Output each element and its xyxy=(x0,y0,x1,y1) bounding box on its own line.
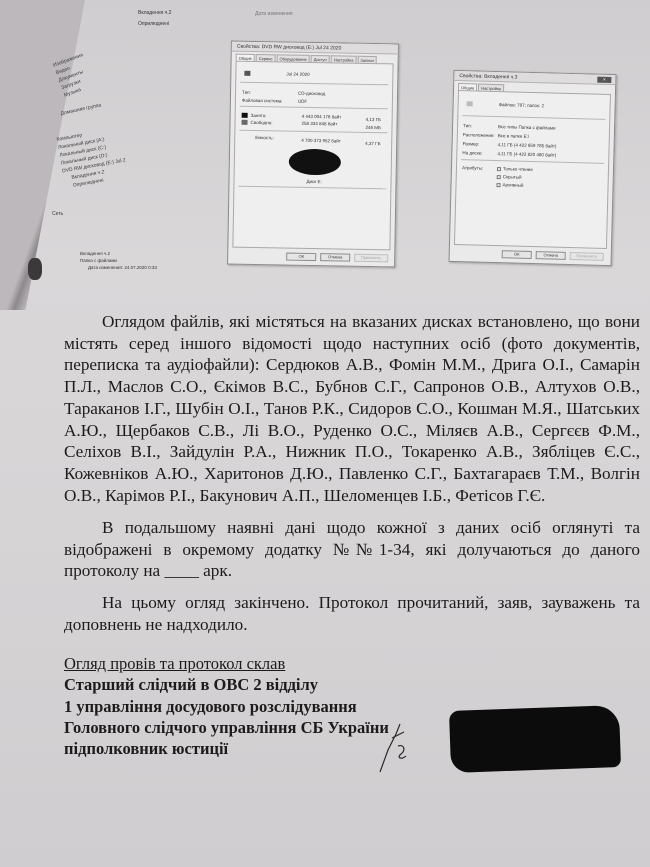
location-label: Расположение: xyxy=(463,132,495,138)
size-value: 4,11 ГБ (4 422 659 785 байт) xyxy=(498,142,557,149)
document-page: Вкладення ч.2 Оприлюднені Дата изменения… xyxy=(0,0,650,867)
signature-heading: Огляд провів та протокол склав xyxy=(64,654,285,673)
free-swatch xyxy=(241,120,247,125)
dialog-body: Файлов: 797; папок: 2 Тип: Все типы Папк… xyxy=(454,90,611,249)
location-value: Все в папке E:\ xyxy=(498,133,529,139)
free-label: Свободно: xyxy=(250,120,272,125)
apply-button[interactable]: Применить xyxy=(570,252,604,261)
checkbox-icon xyxy=(497,167,501,171)
tree-item: Домашняя группа xyxy=(60,101,102,117)
used-bytes: 4 443 004 176 байт xyxy=(302,114,342,120)
apply-button[interactable]: Применить xyxy=(354,254,388,263)
used-label: Занято: xyxy=(251,113,267,118)
used-size: 4,13 ГБ xyxy=(366,117,381,122)
closing-paragraph: На цьому огляд закінчено. Протокол прочи… xyxy=(64,592,640,635)
explorer-columns: Дата изменения xyxy=(255,10,293,18)
signature-block: Огляд провів та протокол склав Старший с… xyxy=(64,653,389,759)
volume-label: Jul 24 2020 xyxy=(286,72,309,77)
explorer-tree-group: Домашняя группа xyxy=(60,101,102,117)
explorer-tree-network: Сеть xyxy=(52,210,63,218)
file-type: Папка с файлами xyxy=(80,257,157,264)
tree-item: Сеть xyxy=(52,210,63,218)
capacity-bytes: 4 700 373 952 байт xyxy=(301,138,341,144)
fs-label: Файловая система: xyxy=(242,98,283,104)
close-button[interactable]: ✕ xyxy=(597,77,611,83)
file-name: Вкладення ч.2 xyxy=(80,250,157,257)
capacity-size: 4,37 ГБ xyxy=(365,141,380,146)
modified-value: 24.07.2020 0:33 xyxy=(124,265,157,270)
appendix-paragraph: В подальшому наявні дані щодо кожної з д… xyxy=(64,517,640,582)
dvd-properties-dialog: Свойства: DVD RW дисковод (E:) Jul 24 20… xyxy=(227,41,399,268)
disk-label: Диск E: xyxy=(306,179,321,184)
summary: Файлов: 797; папок: 2 xyxy=(499,102,544,108)
dialog-body: Jul 24 2020 Тип: CD-дисковод Файловая си… xyxy=(232,61,393,251)
fs-value: UDF xyxy=(298,99,307,104)
archive-checkbox[interactable]: Архивный xyxy=(496,182,523,188)
file-item: Вкладення ч.2 xyxy=(138,8,171,19)
file-details: Вкладення ч.2 Папка с файлами Дата измен… xyxy=(80,250,157,271)
modified-label: Дата изменения: xyxy=(88,265,123,270)
readonly-checkbox[interactable]: Только чтение xyxy=(497,166,533,172)
checkbox-icon xyxy=(497,175,501,179)
directorate-line: Головного слідчого управління СБ України xyxy=(64,717,389,738)
explorer-file-list: Вкладення ч.2 Оприлюднені xyxy=(138,8,171,30)
ondisk-label: На диске: xyxy=(462,150,482,156)
redacted-name xyxy=(449,705,621,773)
hidden-checkbox[interactable]: Скрытый xyxy=(497,174,522,180)
department-line: 1 управління досудового розслідування xyxy=(64,696,389,717)
file-item: Оприлюднені xyxy=(138,19,171,30)
type-value: CD-дисковод xyxy=(298,91,325,96)
drive-icon xyxy=(244,71,250,76)
findings-paragraph: Оглядом файлів, які містяться на вказани… xyxy=(64,311,640,506)
cancel-button[interactable]: Отмена xyxy=(536,251,566,260)
rank-line: підполковник юстиції xyxy=(64,738,389,759)
folder-properties-dialog: Свойства: Вкладення ч.3 ✕ Общие Настройк… xyxy=(449,70,617,266)
handwritten-signature xyxy=(374,720,414,780)
cancel-button[interactable]: Отмена xyxy=(320,253,350,262)
free-size: 246 МБ xyxy=(365,125,381,130)
ok-button[interactable]: ОК xyxy=(286,253,316,262)
position-line: Старший слідчий в ОВС 2 відділу xyxy=(64,674,389,695)
type-value: Все типы Папка с файлами xyxy=(498,124,556,131)
column-header: Дата изменения xyxy=(255,10,293,18)
folder-icon xyxy=(467,101,473,106)
free-bytes: 258 334 848 байт xyxy=(301,121,337,127)
explorer-tree-computer: Компьютер Локальный диск (A:) Локальный … xyxy=(56,125,129,191)
capacity-label: Емкость: xyxy=(255,135,274,140)
folder-icon xyxy=(28,258,42,280)
checkbox-icon xyxy=(496,183,500,187)
attributes-label: Атрибуты: xyxy=(462,165,483,171)
type-label: Тип: xyxy=(242,90,251,95)
ondisk-value: 4,11 ГБ (4 422 820 480 байт) xyxy=(497,151,556,158)
ok-button[interactable]: ОК xyxy=(502,250,532,259)
size-label: Размер: xyxy=(463,141,480,146)
used-swatch xyxy=(242,113,248,118)
usage-pie-chart xyxy=(289,149,341,176)
type-label: Тип: xyxy=(463,123,472,128)
